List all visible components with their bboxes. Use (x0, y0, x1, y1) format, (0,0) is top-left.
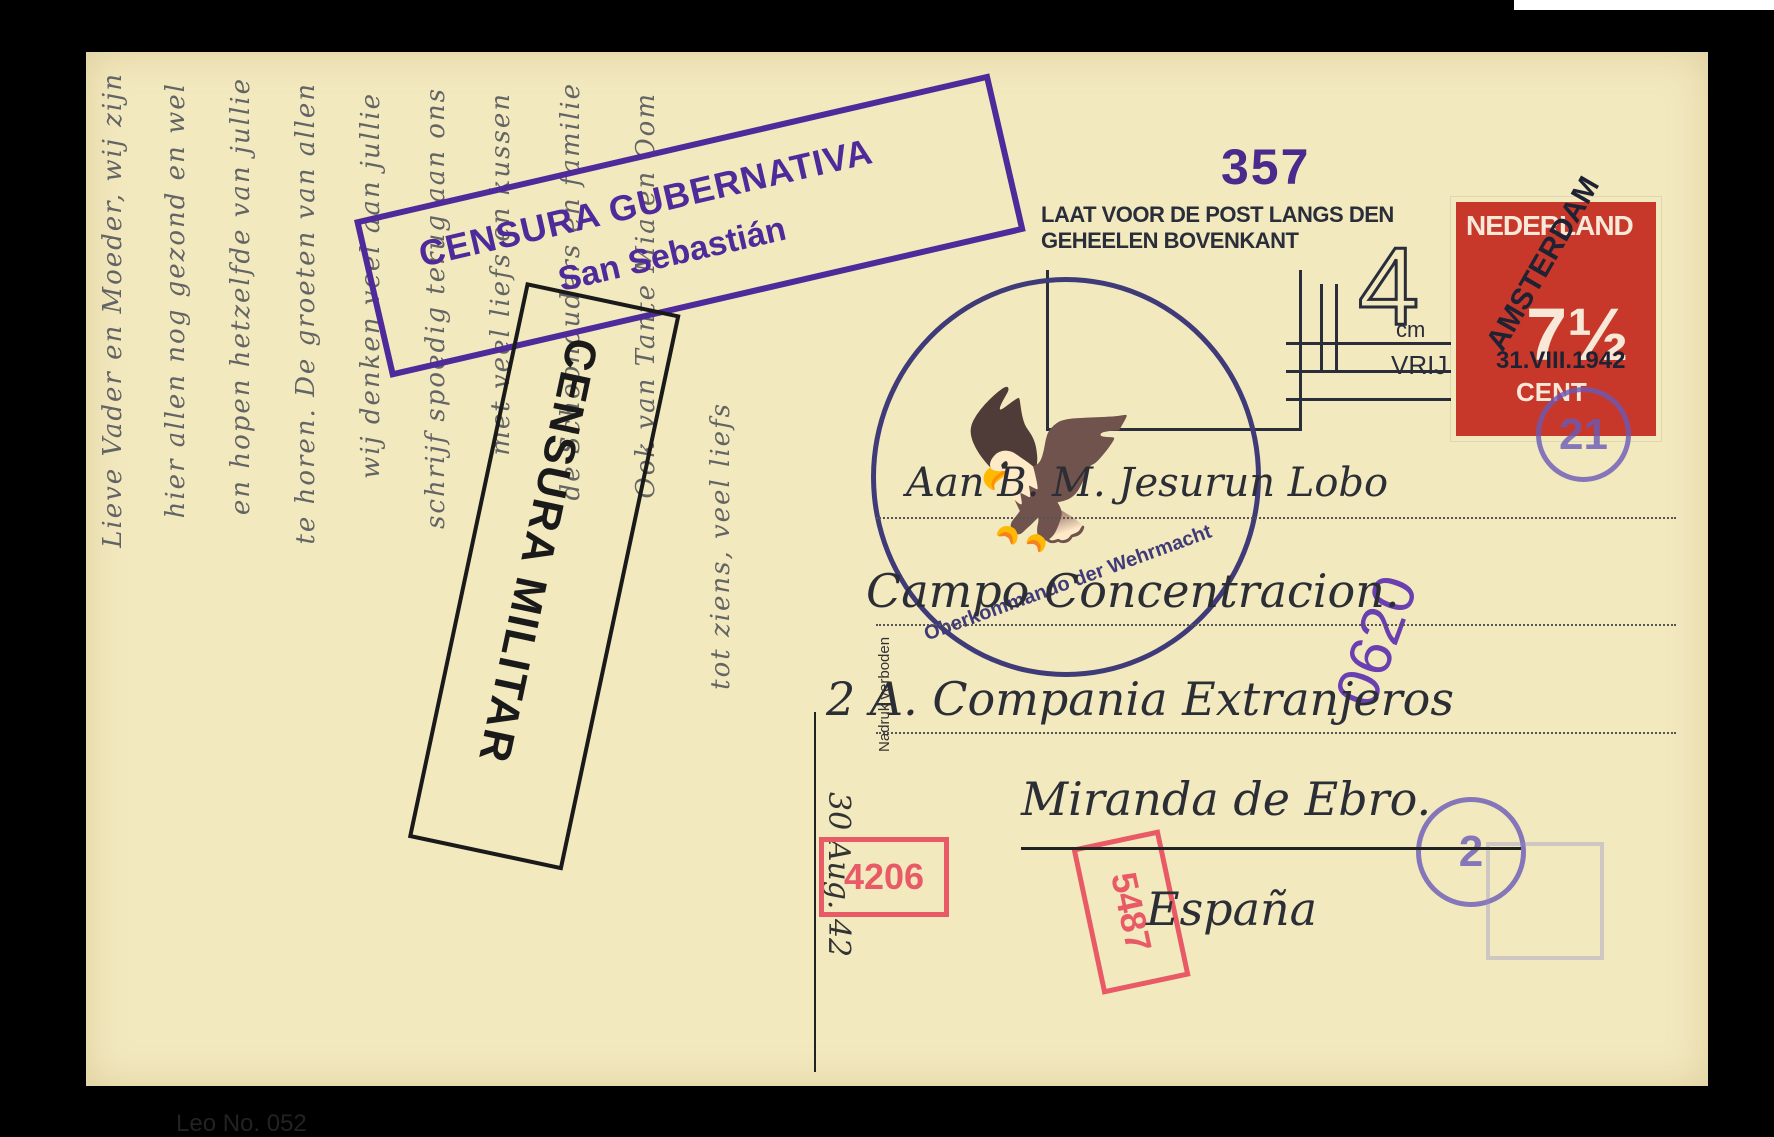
address-line-3: 2 A. Compania Extranjeros (826, 672, 1454, 726)
censor-circle-21: 21 (1536, 387, 1631, 482)
message-column: hier allen nog gezond en wel (161, 82, 191, 518)
address-dotted-line (876, 732, 1676, 734)
postmark-date: 31.VIII.1942 (1496, 347, 1625, 375)
address-line-1: Aan B. M. Jesurun Lobo (906, 460, 1388, 506)
message-column: te horen. De groeten van allen (291, 82, 321, 545)
slogan-line-2: GEHEELEN BOVENKANT (1041, 228, 1394, 254)
slogan-line-1: LAAT VOOR DE POST LANGS DEN (1041, 202, 1394, 228)
message-column: en hopen hetzelfde van jullie (226, 77, 256, 515)
censor-box-4206: 4206 (819, 837, 949, 917)
slogan-cancel: LAAT VOOR DE POST LANGS DEN GEHEELEN BOV… (1041, 202, 1394, 254)
address-line-4: Miranda de Ebro. (1021, 772, 1431, 826)
address-dotted-line (876, 624, 1676, 626)
publisher-number: Leo No. 052 (176, 1110, 307, 1137)
censor-stamp-san-sebastian: CENSURA GUBERNATIVA San Sebastián (354, 73, 1026, 378)
item-number: 357 (1221, 138, 1310, 196)
postmark-city: AMSTERDAM (1480, 171, 1607, 357)
faint-censor-square (1486, 842, 1604, 960)
postcard: Lieve Vader en Moeder, wij zijn hier all… (86, 52, 1708, 1086)
message-column: Lieve Vader en Moeder, wij zijn (98, 72, 128, 548)
card-divider-line (814, 712, 816, 1072)
address-line-5: España (1146, 882, 1317, 936)
double-arrow-icon (1320, 284, 1338, 372)
address-line-2: Campo Concentracion. (866, 564, 1399, 618)
address-underline (1021, 847, 1521, 850)
address-dotted-line (876, 517, 1676, 519)
message-column: tot ziens, veel liefs (706, 402, 736, 690)
background-paper-edge (1514, 0, 1774, 10)
